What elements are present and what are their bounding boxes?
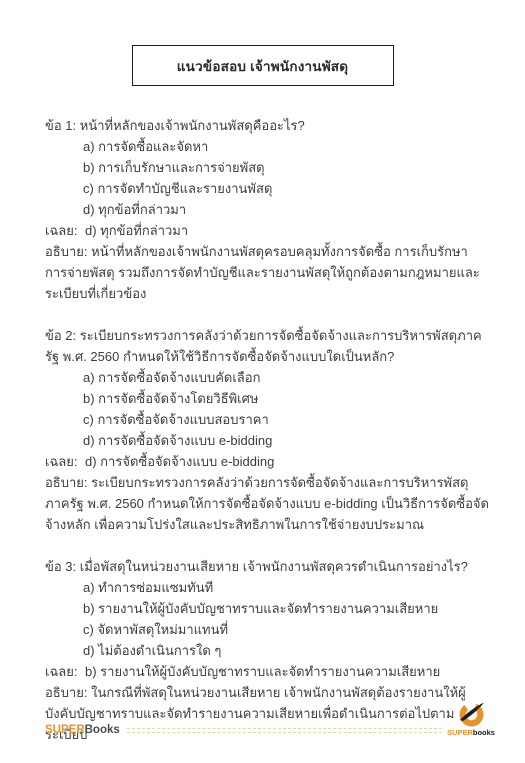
answer-text: b) รายงานให้ผู้บังคับบัญชาทราบและจัดทำรา… (85, 661, 492, 682)
footer-right-brand: SUPERbooks (447, 728, 495, 737)
questions-content: ข้อ 1: หน้าที่หลักของเจ้าพนักงานพัสดุคือ… (0, 86, 525, 745)
answer-label: เฉลย: (45, 220, 85, 241)
option-line: c) จัดหาพัสดุใหม่มาแทนที่ (45, 619, 492, 640)
brand-super-text: SUPER (447, 728, 473, 737)
answer-text: d) ทุกข้อที่กล่าวมา (85, 220, 492, 241)
footer-dashed-divider (127, 728, 442, 733)
answer-line: เฉลย: b) รายงานให้ผู้บังคับบัญชาทราบและจ… (45, 661, 492, 682)
option-line: d) ทุกข้อที่กล่าวมา (45, 199, 492, 220)
option-line: c) การจัดทำบัญชีและรายงานพัสดุ (45, 178, 492, 199)
option-line: a) ทำการซ่อมแซมทันที (45, 577, 492, 598)
answer-label: เฉลย: (45, 661, 85, 682)
option-line: b) การจัดซื้อจัดจ้างโดยวิธีพิเศษ (45, 388, 492, 409)
answer-line: เฉลย: d) การจัดซื้อจัดจ้างแบบ e-bidding (45, 451, 492, 472)
brand-books-text: Books (85, 724, 120, 736)
answer-label: เฉลย: (45, 451, 85, 472)
page-title: แนวข้อสอบ เจ้าพนักงานพัสดุ (177, 55, 348, 77)
question-text: ข้อ 3: เมื่อพัสดุในหน่วยงานเสียหาย เจ้าพ… (45, 556, 492, 577)
answer-text: d) การจัดซื้อจัดจ้างแบบ e-bidding (85, 451, 492, 472)
document-page: แนวข้อสอบ เจ้าพนักงานพัสดุ ข้อ 1: หน้าที… (0, 0, 525, 763)
option-line: d) การจัดซื้อจัดจ้างแบบ e-bidding (45, 430, 492, 451)
page-footer: SUPERBooks SUPERbooks (45, 700, 495, 737)
brand-super-text: SUPER (45, 724, 85, 736)
option-line: a) การจัดซื้อและจัดหา (45, 136, 492, 157)
footer-right-logo: SUPERbooks (447, 700, 495, 737)
title-box: แนวข้อสอบ เจ้าพนักงานพัสดุ (132, 45, 394, 86)
question-text: ข้อ 2: ระเบียบกระทรวงการคลังว่าด้วยการจั… (45, 325, 492, 367)
question-block: ข้อ 1: หน้าที่หลักของเจ้าพนักงานพัสดุคือ… (45, 115, 492, 304)
brand-books-text: books (473, 728, 495, 737)
option-line: c) การจัดซื้อจัดจ้างแบบสอบราคา (45, 409, 492, 430)
explanation-text: อธิบาย: ระเบียบกระทรวงการคลังว่าด้วยการจ… (45, 472, 492, 535)
answer-line: เฉลย: d) ทุกข้อที่กล่าวมา (45, 220, 492, 241)
footer-left-brand: SUPERBooks (45, 723, 127, 737)
question-block: ข้อ 2: ระเบียบกระทรวงการคลังว่าด้วยการจั… (45, 325, 492, 535)
option-line: a) การจัดซื้อจัดจ้างแบบคัดเลือก (45, 367, 492, 388)
superbooks-swoosh-icon (458, 700, 485, 727)
question-text: ข้อ 1: หน้าที่หลักของเจ้าพนักงานพัสดุคือ… (45, 115, 492, 136)
option-line: d) ไม่ต้องดำเนินการใด ๆ (45, 640, 492, 661)
option-line: b) การเก็บรักษาและการจ่ายพัสดุ (45, 157, 492, 178)
option-line: b) รายงานให้ผู้บังคับบัญชาทราบและจัดทำรา… (45, 598, 492, 619)
explanation-text: อธิบาย: หน้าที่หลักของเจ้าพนักงานพัสดุคร… (45, 241, 492, 304)
